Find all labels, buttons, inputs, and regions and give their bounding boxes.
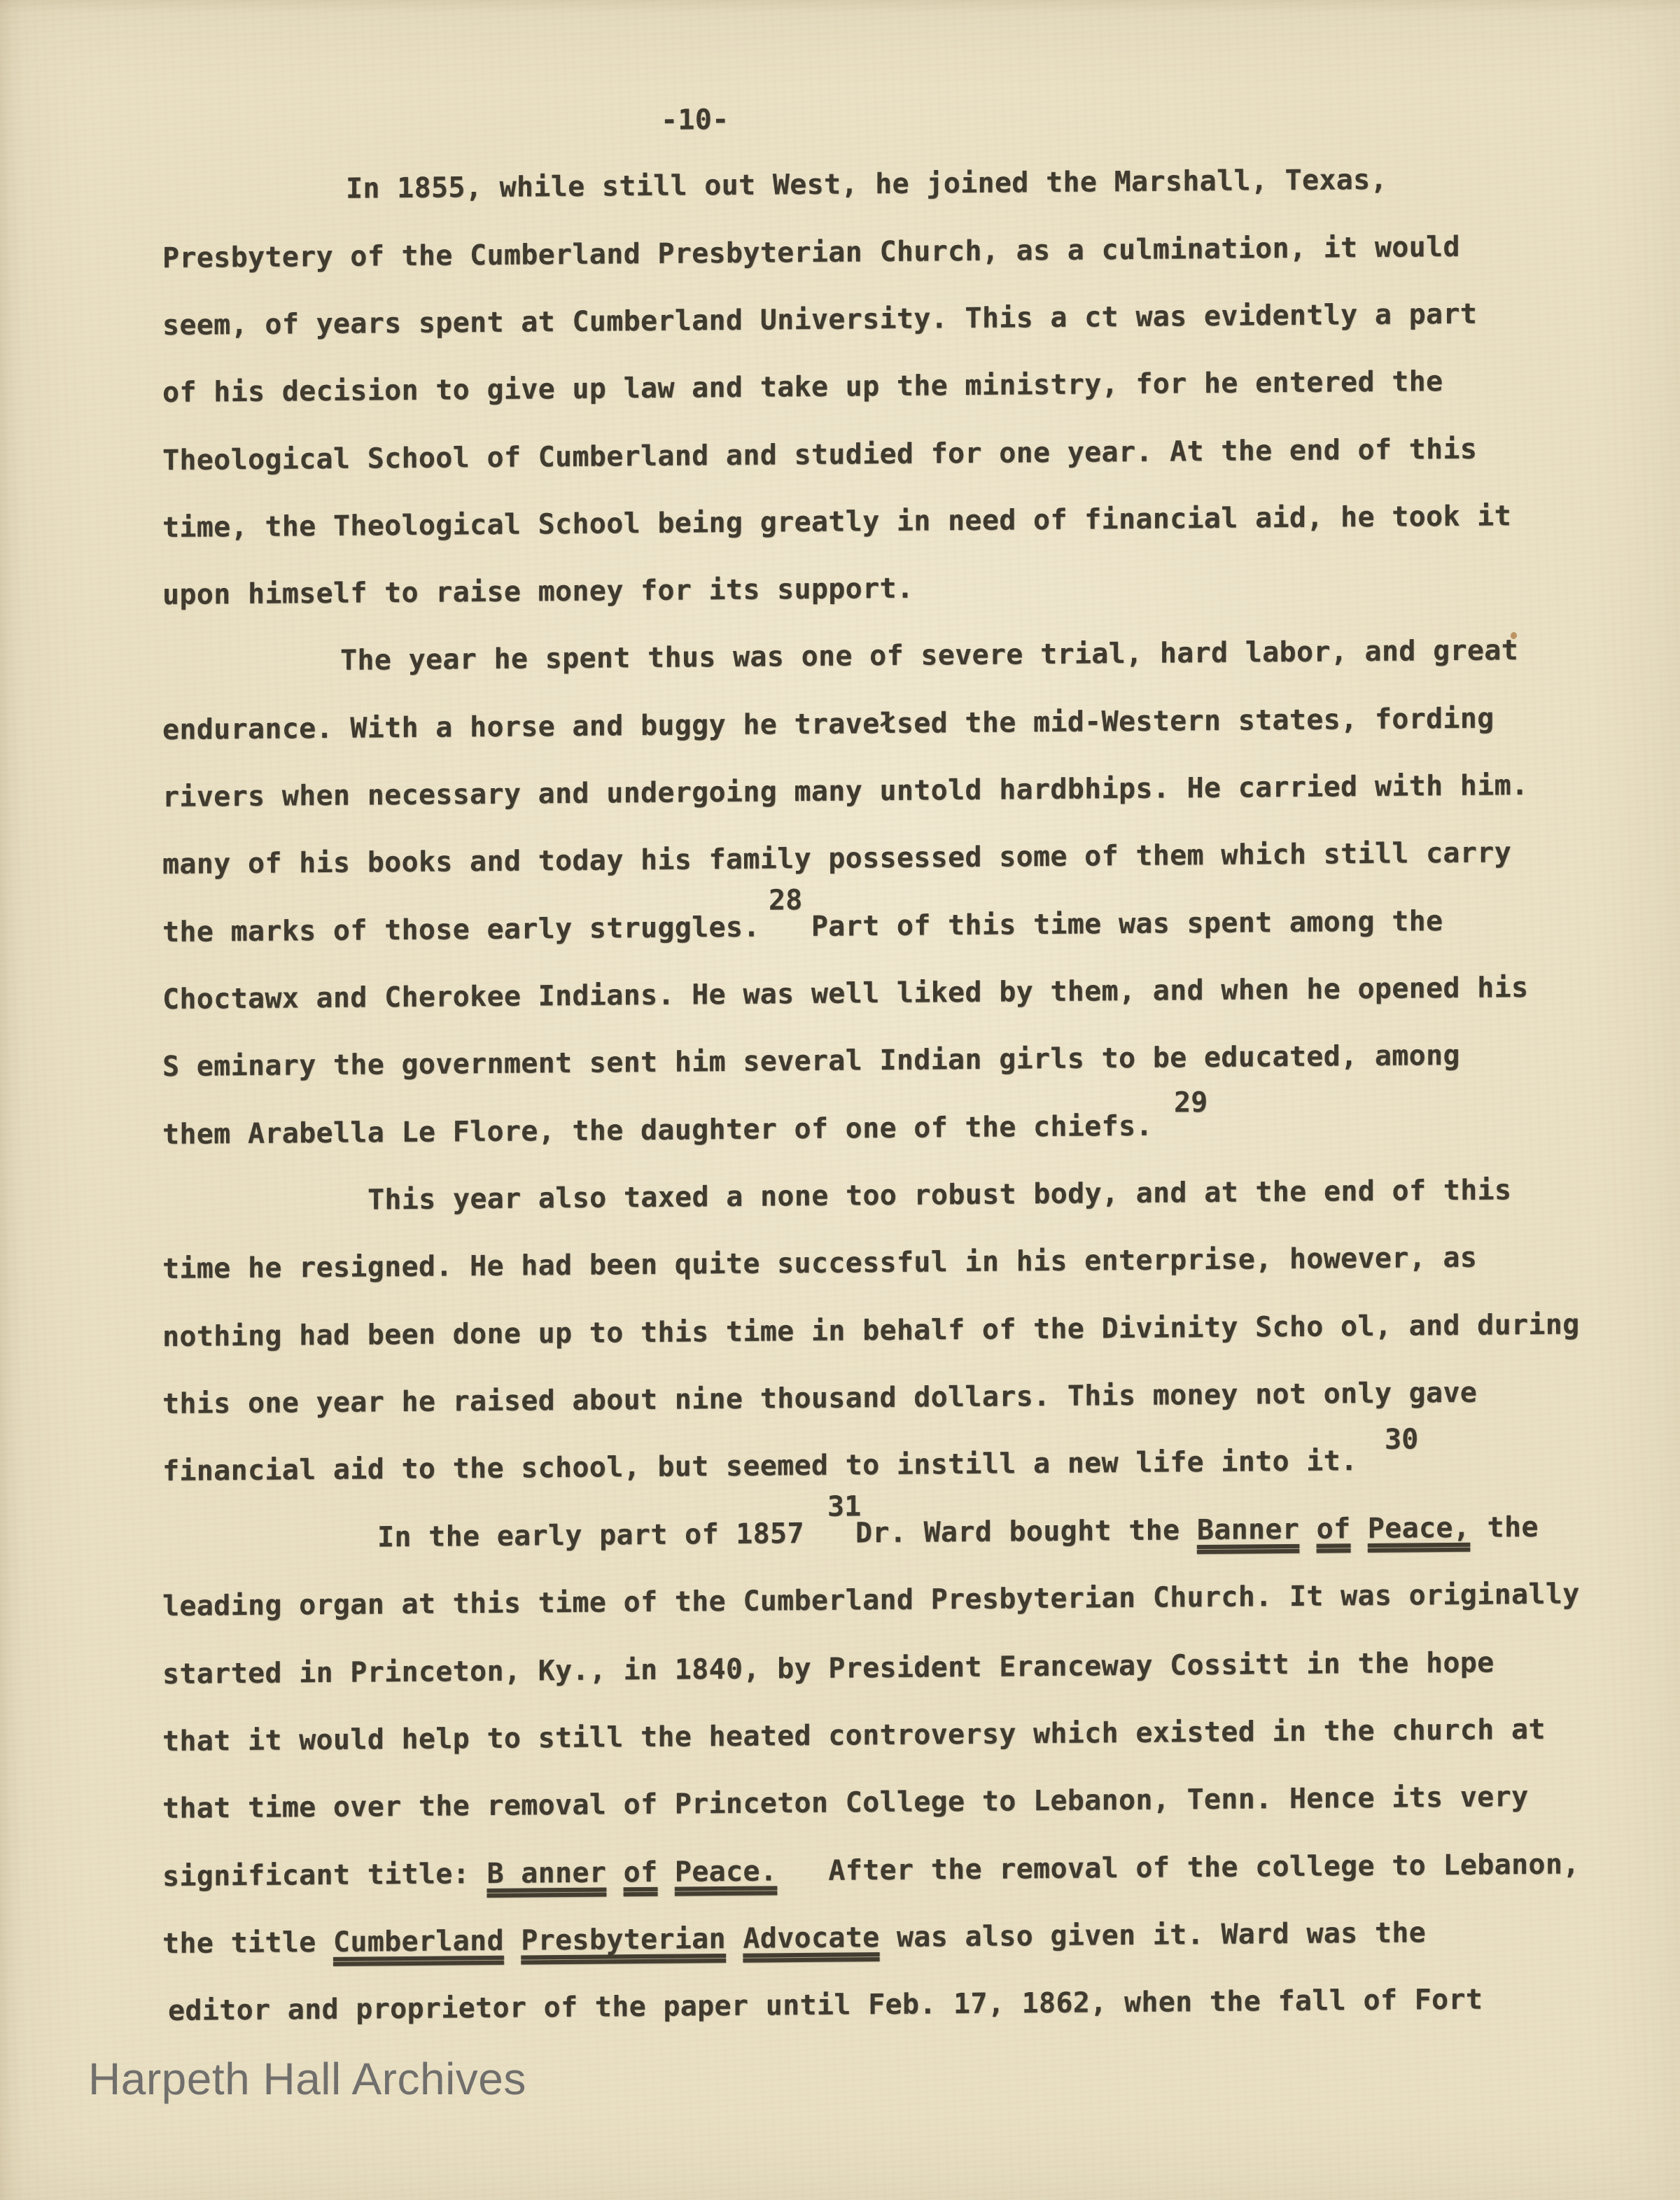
typewritten-line: of his decision to give up law and take … bbox=[162, 367, 1443, 407]
text-segment: the bbox=[1470, 1511, 1539, 1544]
text-segment: leading organ at this time of the Cumber… bbox=[162, 1578, 1580, 1623]
typewritten-line: seem, of years spent at Cumberland Unive… bbox=[162, 300, 1477, 339]
text-segment bbox=[1299, 1513, 1316, 1546]
text-segment: the marks of those early struggles. Part… bbox=[162, 905, 1443, 948]
typewritten-line: In the early part of 1857 Dr. Ward bough… bbox=[377, 1513, 1539, 1551]
footnote-number: 31 bbox=[827, 1492, 861, 1520]
text-segment: This year also taxed a none too robust b… bbox=[367, 1174, 1511, 1216]
typewritten-line: many of his books and today his family p… bbox=[162, 839, 1511, 878]
text-segment: S eminary the government sent him severa… bbox=[162, 1039, 1460, 1083]
text-segment: In the early part of 1857 Dr. Ward bough… bbox=[377, 1514, 1197, 1553]
typewritten-line: time, the Theological School being great… bbox=[162, 502, 1511, 542]
text-segment bbox=[657, 1856, 674, 1889]
underlined-title: Peace. bbox=[675, 1855, 777, 1888]
text-segment: was also given it. Ward was the bbox=[880, 1917, 1427, 1954]
text-segment: nothing had been done up to this time in… bbox=[162, 1308, 1580, 1353]
document-page: -10-In 1855, while still out West, he jo… bbox=[0, 0, 1680, 2200]
typewritten-line: leading organ at this time of the Cumber… bbox=[162, 1580, 1580, 1620]
typewritten-line: financial aid to the school, but seemed … bbox=[162, 1447, 1357, 1485]
text-segment bbox=[726, 1923, 743, 1955]
text-segment: of his decision to give up law and take … bbox=[162, 365, 1443, 409]
footnote-number: 29 bbox=[1174, 1088, 1207, 1116]
text-segment: Theological School of Cumberland and stu… bbox=[162, 433, 1477, 477]
text-segment: that it would help to still the heated c… bbox=[162, 1714, 1546, 1758]
text-segment: started in Princeton, Ky., in 1840, by P… bbox=[162, 1646, 1494, 1690]
underlined-title: of bbox=[624, 1856, 658, 1889]
text-segment: Choctawx and Cherokee Indians. He was we… bbox=[162, 972, 1528, 1016]
text-segment bbox=[504, 1925, 521, 1957]
page-number: -10- bbox=[661, 106, 729, 134]
typewritten-line: This year also taxed a none too robust b… bbox=[367, 1176, 1511, 1214]
archive-watermark: Harpeth Hall Archives bbox=[88, 2053, 526, 2105]
text-segment: time he resigned. He had been quite succ… bbox=[162, 1242, 1477, 1285]
text-segment: endurance. With a horse and buggy he tra… bbox=[162, 702, 1494, 746]
text-segment: significant title: bbox=[162, 1858, 486, 1893]
typewritten-line: that it would help to still the heated c… bbox=[162, 1716, 1546, 1756]
underlined-title: B anner bbox=[486, 1856, 606, 1889]
typewritten-text-layer: -10-In 1855, while still out West, he jo… bbox=[0, 0, 1680, 2200]
underlined-title: Presbyterian bbox=[521, 1923, 726, 1957]
text-segment: this one year he raised about nine thous… bbox=[162, 1377, 1477, 1420]
typewritten-line: significant title: B anner of Peace. Aft… bbox=[162, 1850, 1580, 1891]
typewritten-line: Presbytery of the Cumberland Presbyteria… bbox=[162, 233, 1460, 272]
text-segment: rivers when necessary and undergoing man… bbox=[162, 769, 1528, 813]
text-segment: The year he spent thus was one of severe… bbox=[340, 634, 1518, 677]
text-segment: time, the Theological School being great… bbox=[162, 500, 1511, 544]
typewritten-line: Choctawx and Cherokee Indians. He was we… bbox=[162, 974, 1528, 1014]
typewritten-line: endurance. With a horse and buggy he tra… bbox=[162, 704, 1494, 744]
typewritten-line: editor and proprietor of the paper until… bbox=[168, 1986, 1483, 2025]
underlined-title: Banner bbox=[1197, 1513, 1299, 1546]
text-segment: many of his books and today his family p… bbox=[162, 836, 1511, 881]
text-segment: them Arabella Le Flore, the daughter of … bbox=[162, 1110, 1153, 1151]
underlined-title: Peace, bbox=[1368, 1512, 1470, 1545]
text-segment: Presbytery of the Cumberland Presbyteria… bbox=[162, 231, 1460, 274]
typewritten-line: the title Cumberland Presbyterian Advoca… bbox=[162, 1919, 1426, 1958]
footnote-number: 30 bbox=[1385, 1425, 1418, 1453]
typewritten-line: upon himself to raise money for its supp… bbox=[162, 575, 913, 609]
typewritten-line: started in Princeton, Ky., in 1840, by P… bbox=[162, 1648, 1494, 1688]
typewritten-line: In 1855, while still out West, he joined… bbox=[346, 166, 1387, 203]
text-segment: the title bbox=[162, 1926, 333, 1960]
text-segment bbox=[606, 1856, 623, 1889]
text-segment bbox=[1350, 1513, 1367, 1545]
text-segment: financial aid to the school, but seemed … bbox=[162, 1445, 1357, 1487]
typewritten-line: this one year he raised about nine thous… bbox=[162, 1379, 1477, 1418]
typewritten-line: nothing had been done up to this time in… bbox=[162, 1310, 1580, 1351]
underlined-title: Cumberland bbox=[333, 1925, 504, 1959]
footnote-number: 28 bbox=[769, 886, 802, 914]
underlined-title: of bbox=[1317, 1513, 1351, 1545]
typewritten-line: the marks of those early struggles. Part… bbox=[162, 907, 1443, 946]
text-segment: seem, of years spent at Cumberland Unive… bbox=[162, 298, 1477, 342]
typewritten-line: time he resigned. He had been quite succ… bbox=[162, 1244, 1477, 1283]
text-segment: editor and proprietor of the paper until… bbox=[168, 1984, 1483, 2027]
typewritten-line: that time over the removal of Princeton … bbox=[162, 1783, 1528, 1823]
typewritten-line: S eminary the government sent him severa… bbox=[162, 1042, 1460, 1081]
typewritten-line: Theological School of Cumberland and stu… bbox=[162, 435, 1477, 475]
text-segment: After the removal of the college to Leba… bbox=[777, 1848, 1579, 1887]
typewritten-line: them Arabella Le Flore, the daughter of … bbox=[162, 1112, 1153, 1149]
underlined-title: Advocate bbox=[743, 1921, 879, 1955]
text-segment: upon himself to raise money for its supp… bbox=[162, 573, 913, 611]
text-segment: In 1855, while still out West, he joined… bbox=[346, 164, 1387, 205]
typewritten-line: rivers when necessary and undergoing man… bbox=[162, 771, 1528, 811]
text-segment: that time over the removal of Princeton … bbox=[162, 1781, 1528, 1825]
typewritten-line: The year he spent thus was one of severe… bbox=[340, 636, 1518, 675]
text-segment: -10- bbox=[661, 104, 729, 136]
